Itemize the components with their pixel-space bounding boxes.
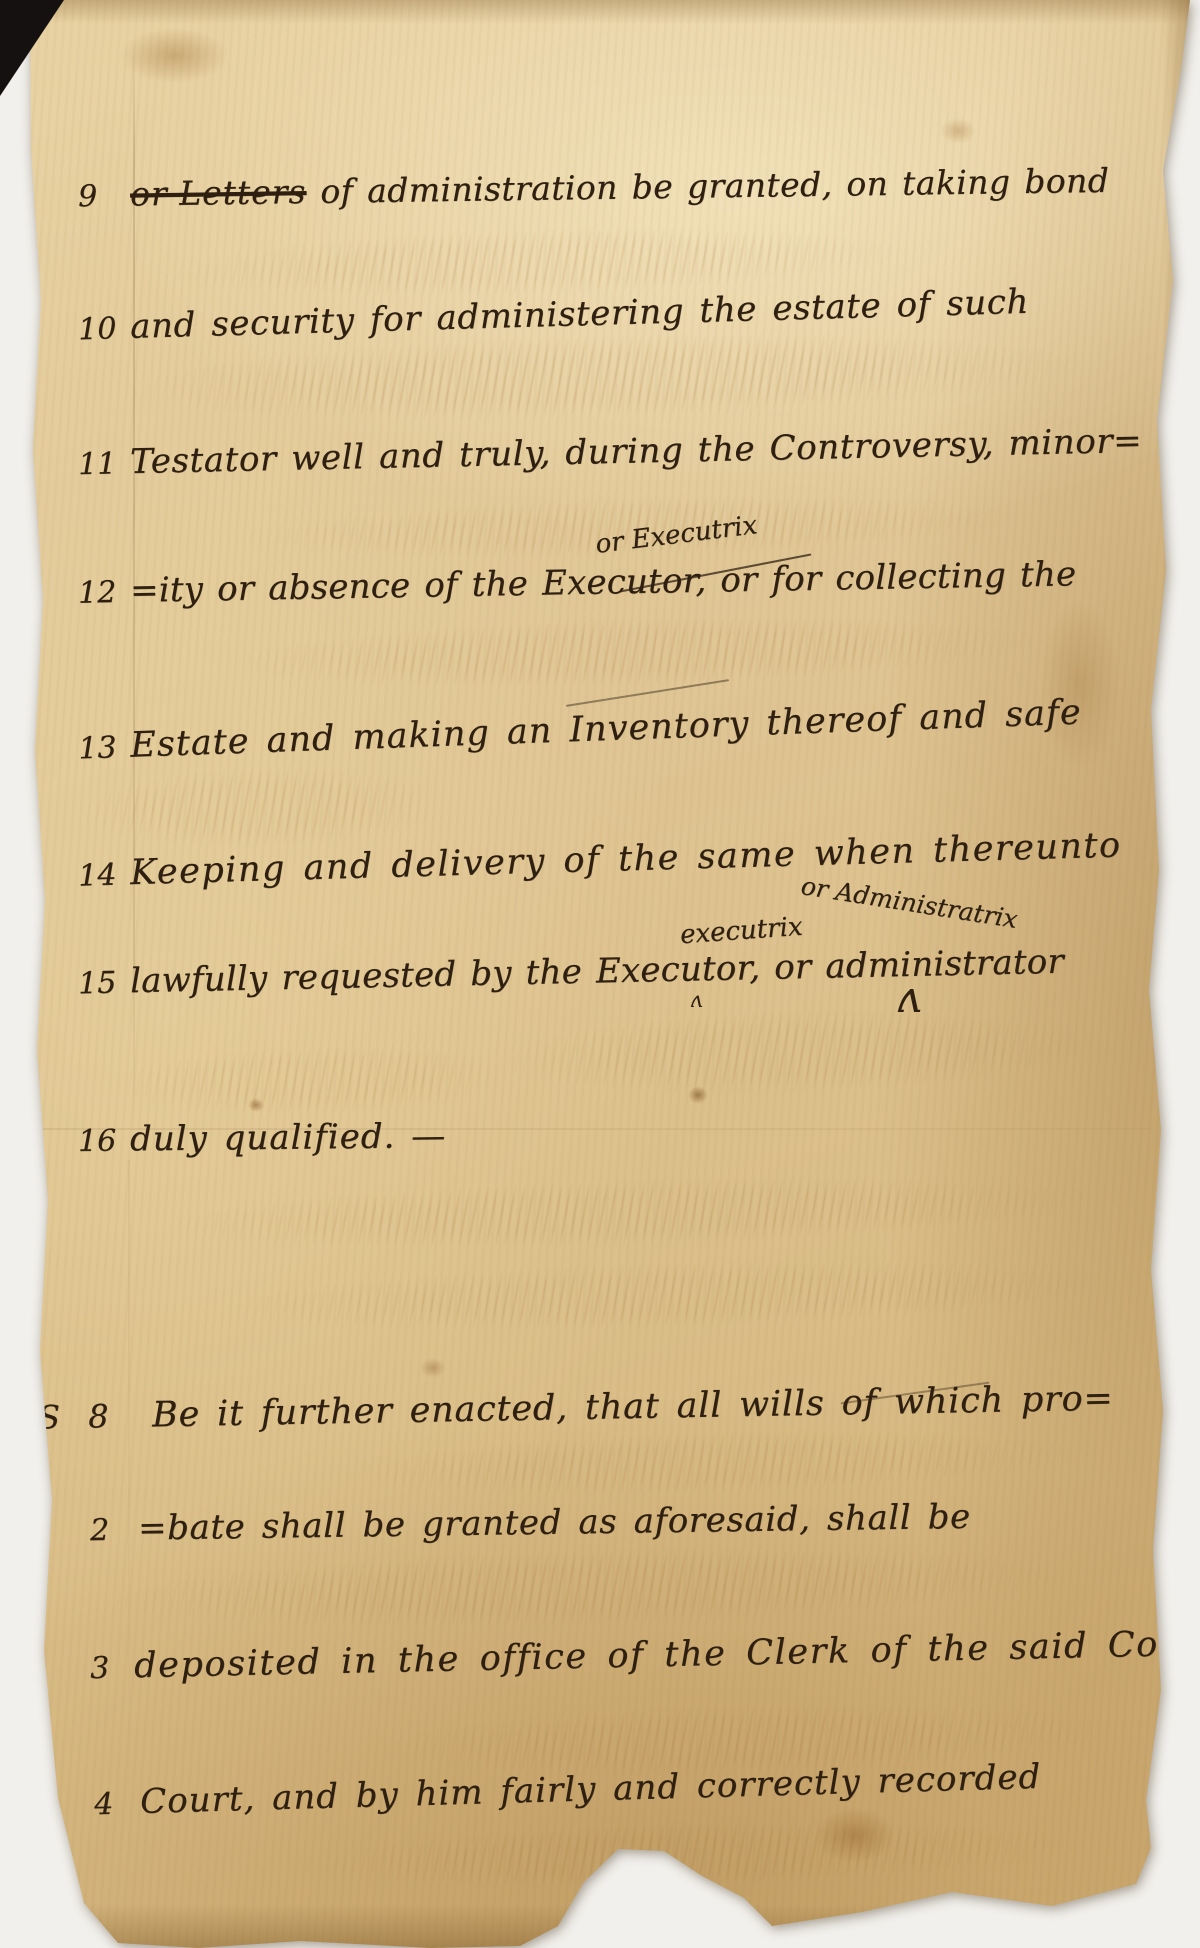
bleed-through-band (139, 1161, 1121, 1263)
paper-stain (940, 118, 976, 144)
interlinear-insertion-administratrix: or Administratrix (799, 871, 1019, 934)
line-number: 12 (78, 575, 131, 611)
line-number: 2 (90, 1512, 138, 1548)
scan-background: 9 or Letters of administration be grante… (0, 0, 1200, 1948)
bleed-through-band (319, 1417, 1101, 1509)
line-number: 10 (78, 311, 131, 347)
section-number: S 8 (38, 1396, 153, 1436)
line-text: lawfully requested by the Executor, or a… (130, 942, 1065, 1002)
line-number: 9 (78, 178, 130, 214)
struck-out-words: or Letters (130, 172, 307, 213)
line-number: 3 (90, 1650, 135, 1686)
line-text: duly qualified. — (130, 1116, 447, 1159)
line-number: 4 (94, 1786, 141, 1822)
paper-stain (120, 28, 230, 83)
caret-mark-large: ʌ (896, 976, 921, 1020)
document-page: 9 or Letters of administration be grante… (0, 0, 1200, 1948)
bleed-through-band (99, 1034, 521, 1126)
line-number: 13 (78, 730, 131, 767)
bleed-through-band (79, 1531, 1101, 1644)
line-number: 14 (78, 857, 131, 893)
line-number: 15 (78, 965, 131, 1001)
interlinear-insertion-executrix-small: executrix (679, 912, 803, 950)
line-text: of administration be granted, on taking … (320, 161, 1109, 211)
bleed-through-band (249, 1808, 1101, 1902)
bleed-through-band (69, 755, 452, 861)
caret-mark: ʌ (690, 990, 702, 1012)
paper-shadow-wrap: 9 or Letters of administration be grante… (0, 0, 1200, 1948)
manuscript-line-9: 9 or Letters of administration be grante… (78, 161, 1110, 214)
manuscript-line-16: 16 duly qualified. — (78, 1116, 447, 1160)
line-number: 11 (78, 446, 131, 482)
line-number: 16 (78, 1123, 130, 1159)
paper-stain (420, 1358, 446, 1378)
bleed-through-band (199, 1245, 1131, 1346)
line-text: Estate and making an Inventory thereof a… (130, 692, 1083, 765)
bleed-through-band (479, 996, 1101, 1108)
bleed-through-band (199, 603, 1061, 702)
